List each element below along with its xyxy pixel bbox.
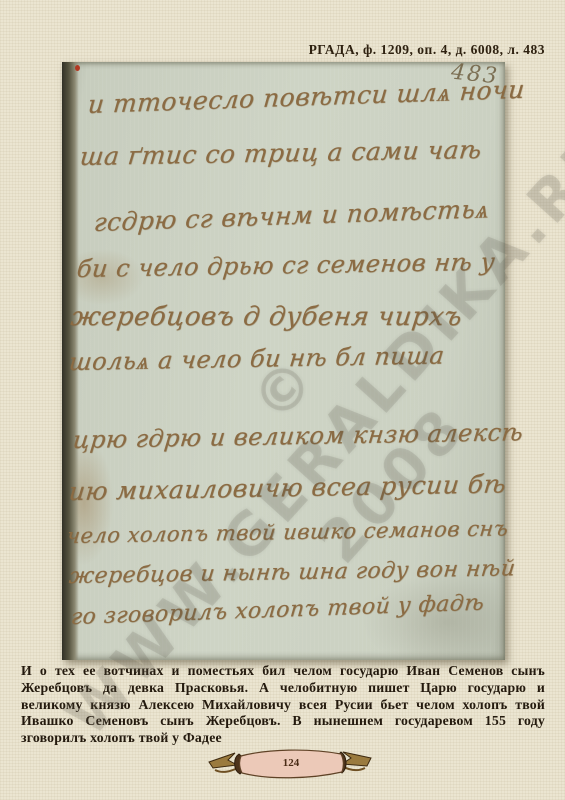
- archive-reference: РГАДА, ф. 1209, оп. 4, д. 6008, л. 483: [309, 42, 545, 58]
- manuscript-line: и тточесло повѣтси шлѧ ночи: [87, 75, 526, 120]
- transcription-caption: И о тех ее вотчинах и поместьях бил чело…: [21, 663, 545, 747]
- manuscript-line: би с чело дрью сг семенов нѣ у: [76, 248, 497, 283]
- ribbon-left-tail: [209, 753, 237, 768]
- album-page: { "header": { "archive_ref": "РГАДА, ф. …: [0, 0, 565, 800]
- manuscript-line: ию михаиловичю всеа русии бѣ: [67, 469, 507, 506]
- manuscript-line: црю гдрю и великом кнзю алексѣ: [72, 418, 525, 454]
- page-number: 124: [283, 757, 300, 769]
- manuscript-line: ша ґтис со триц а сами чаѣ: [78, 135, 483, 171]
- manuscript-line: шольѧ а чело би нѣ бл пиша: [67, 341, 445, 377]
- manuscript-line: жеребцов и нынѣ шна году вон нѣй: [68, 556, 517, 589]
- manuscript-line: гсдрю сг вѣчнм и помѣстьѧ: [93, 194, 491, 238]
- manuscript-scan: 483 и тточесло повѣтси шлѧ ночиша ґтис с…: [62, 62, 505, 660]
- manuscript-line: го зговорилъ холопъ твой у фадѣ: [70, 591, 485, 631]
- manuscript-line: жеребцовъ д дубеня чирхъ: [69, 302, 464, 332]
- ribbon-left-flourish: [215, 768, 238, 772]
- manuscript-line: чело холопъ твой ившко семанов снъ: [66, 516, 510, 548]
- page-number-ribbon: 124: [205, 744, 375, 789]
- ribbon-banner-graphic: 124: [205, 744, 375, 789]
- red-ink-mark: [75, 65, 80, 71]
